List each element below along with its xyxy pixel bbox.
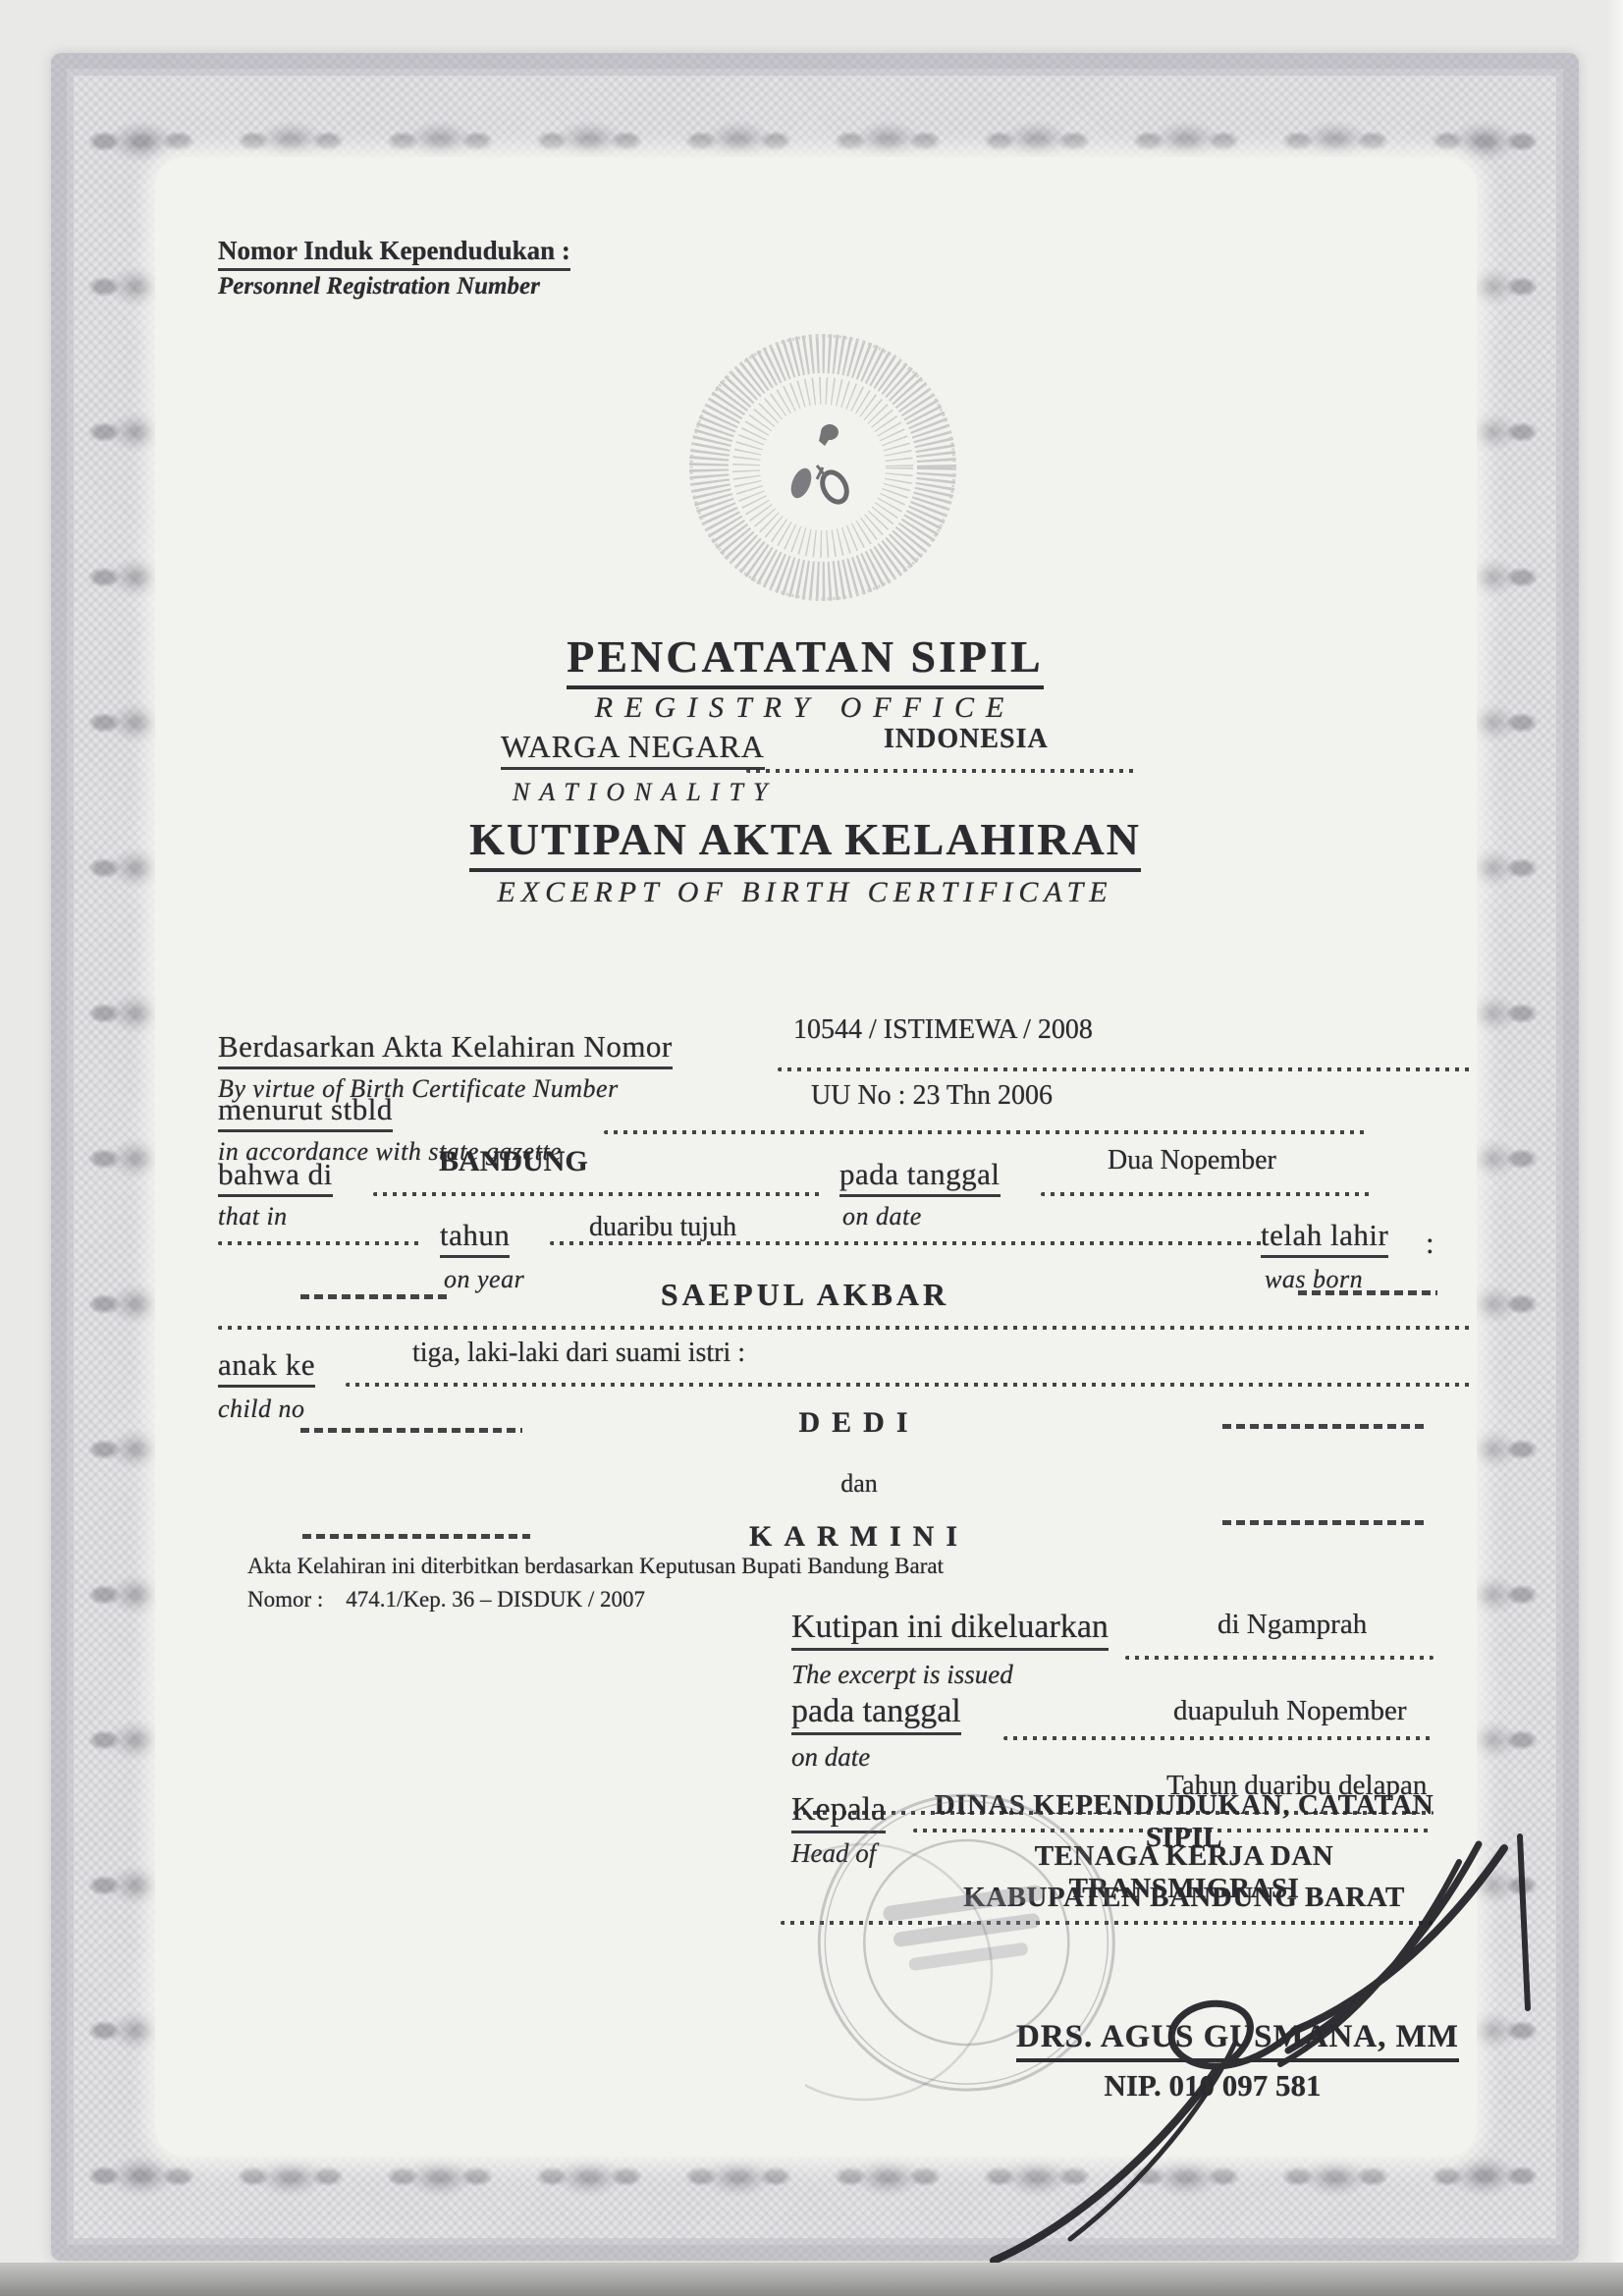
- scanner-edge-shadow: [0, 2263, 1623, 2296]
- signer-name: DRS. AGUS GUSMANA, MM: [1016, 2019, 1459, 2062]
- year-value: duaribu tujuh: [589, 1212, 736, 1243]
- cert-no-label-id: Berdasarkan Akta Kelahiran Nomor: [218, 1029, 673, 1069]
- doc-title-en: EXCERPT OF BIRTH CERTIFICATE: [497, 876, 1112, 908]
- registry-office-title-id-wrap: PENCATATAN SIPIL: [157, 630, 1453, 689]
- place-label-en: that in: [218, 1202, 288, 1231]
- dotted-line: [778, 1067, 1471, 1071]
- issued-label-en: The excerpt is issued: [791, 1660, 1013, 1690]
- nationality-label-en: NATIONALITY: [513, 778, 777, 807]
- nationality-label-id-wrap: WARGA NEGARA: [501, 729, 765, 770]
- place-label-id-wrap: bahwa di: [218, 1157, 333, 1197]
- place-value: BANDUNG: [439, 1145, 588, 1178]
- dash-line: [302, 1534, 530, 1539]
- child-no-value: tiga, laki-laki dari suami istri :: [412, 1338, 745, 1369]
- born-label-id-wrap: telah lahir: [1261, 1218, 1388, 1258]
- reg-number-label-en: Personnel Registration Number: [218, 273, 570, 301]
- doc-title-en-wrap: EXCERPT OF BIRTH CERTIFICATE: [157, 876, 1453, 909]
- child-name: SAEPUL AKBAR: [661, 1277, 949, 1312]
- father-name-wrap: DEDI: [687, 1406, 1031, 1440]
- father-name: DEDI: [798, 1406, 919, 1439]
- issue-date-label-en: on date: [791, 1742, 870, 1773]
- dash-line: [1222, 1424, 1429, 1429]
- date-value: Dua Nopember: [1108, 1145, 1276, 1176]
- cert-no-value: 10544 / ISTIMEWA / 2008: [793, 1014, 1093, 1046]
- born-colon: :: [1426, 1226, 1434, 1261]
- dotted-line: [346, 1383, 1471, 1387]
- mother-name: KARMINI: [749, 1520, 969, 1553]
- dotted-line: [218, 1326, 1471, 1330]
- place-label-id: bahwa di: [218, 1157, 333, 1197]
- year-label-id-wrap: tahun: [440, 1218, 510, 1258]
- dash-line: [300, 1428, 522, 1433]
- nationality-value: INDONESIA: [884, 724, 1049, 755]
- signer-nip-wrap: NIP. 010 097 581: [1016, 2068, 1409, 2104]
- issue-date-label-id: pada tanggal: [791, 1693, 961, 1735]
- doc-title-id-wrap: KUTIPAN AKTA KELAHIRAN: [157, 813, 1453, 872]
- gazette-label-id: menurut stbld: [218, 1092, 393, 1132]
- mother-name-wrap: KARMINI: [687, 1520, 1031, 1554]
- dash-line: [1298, 1290, 1437, 1295]
- child-name-wrap: SAEPUL AKBAR: [157, 1277, 1453, 1313]
- born-label-id: telah lahir: [1261, 1218, 1388, 1258]
- registry-office-title-en-wrap: REGISTRY OFFICE: [157, 691, 1453, 725]
- issue-date-value: duapuluh Nopember: [1173, 1695, 1407, 1727]
- dotted-line: [604, 1130, 1370, 1134]
- dotted-line: [1125, 1656, 1434, 1660]
- signer-nip: NIP. 010 097 581: [1104, 2068, 1321, 2103]
- registry-office-title-en: REGISTRY OFFICE: [595, 691, 1016, 724]
- gazette-label-id-wrap: menurut stbld: [218, 1092, 393, 1132]
- dotted-line: [218, 1241, 422, 1245]
- doc-title-id: KUTIPAN AKTA KELAHIRAN: [469, 813, 1141, 872]
- decree-line1: Akta Kelahiran ini diterbitkan berdasark…: [247, 1554, 944, 1579]
- reg-number-block: Nomor Induk Kependudukan : Personnel Reg…: [218, 236, 570, 301]
- dotted-line: [1041, 1192, 1371, 1196]
- conjunction-wrap: dan: [687, 1469, 1031, 1499]
- date-label-id: pada tanggal: [839, 1157, 1001, 1197]
- reg-number-label-id: Nomor Induk Kependudukan :: [218, 236, 570, 271]
- paper-edge: [1607, 0, 1623, 2296]
- signer-name-wrap: DRS. AGUS GUSMANA, MM: [1016, 2019, 1459, 2062]
- dash-line: [1222, 1520, 1429, 1525]
- child-no-label-en: child no: [218, 1394, 305, 1424]
- date-label-en: on date: [842, 1202, 922, 1231]
- year-label-id: tahun: [440, 1218, 510, 1258]
- issued-label-id: Kutipan ini dikeluarkan: [791, 1609, 1109, 1651]
- issued-label-id-wrap: Kutipan ini dikeluarkan: [791, 1609, 1109, 1651]
- registry-office-title-id: PENCATATAN SIPIL: [567, 630, 1043, 689]
- dotted-line: [373, 1192, 821, 1196]
- child-no-label-id-wrap: anak ke: [218, 1347, 315, 1388]
- issue-date-label-id-wrap: pada tanggal: [791, 1693, 961, 1735]
- dotted-line: [1003, 1736, 1434, 1740]
- national-emblem-seal: [685, 330, 960, 605]
- conjunction: dan: [840, 1469, 878, 1498]
- cert-no-label-id-wrap: Berdasarkan Akta Kelahiran Nomor: [218, 1029, 673, 1069]
- nationality-label-id: WARGA NEGARA: [501, 729, 765, 770]
- decree-line2: Nomor : 474.1/Kep. 36 – DISDUK / 2007: [247, 1587, 645, 1613]
- birth-certificate-scan: Nomor Induk Kependudukan : Personnel Reg…: [0, 0, 1623, 2296]
- date-label-id-wrap: pada tanggal: [839, 1157, 1001, 1197]
- dotted-line: [746, 769, 1139, 773]
- dotted-line: [550, 1241, 1263, 1245]
- issued-value: di Ngamprah: [1217, 1609, 1367, 1641]
- gazette-value: UU No : 23 Thn 2006: [811, 1080, 1053, 1112]
- child-no-label-id: anak ke: [218, 1347, 315, 1388]
